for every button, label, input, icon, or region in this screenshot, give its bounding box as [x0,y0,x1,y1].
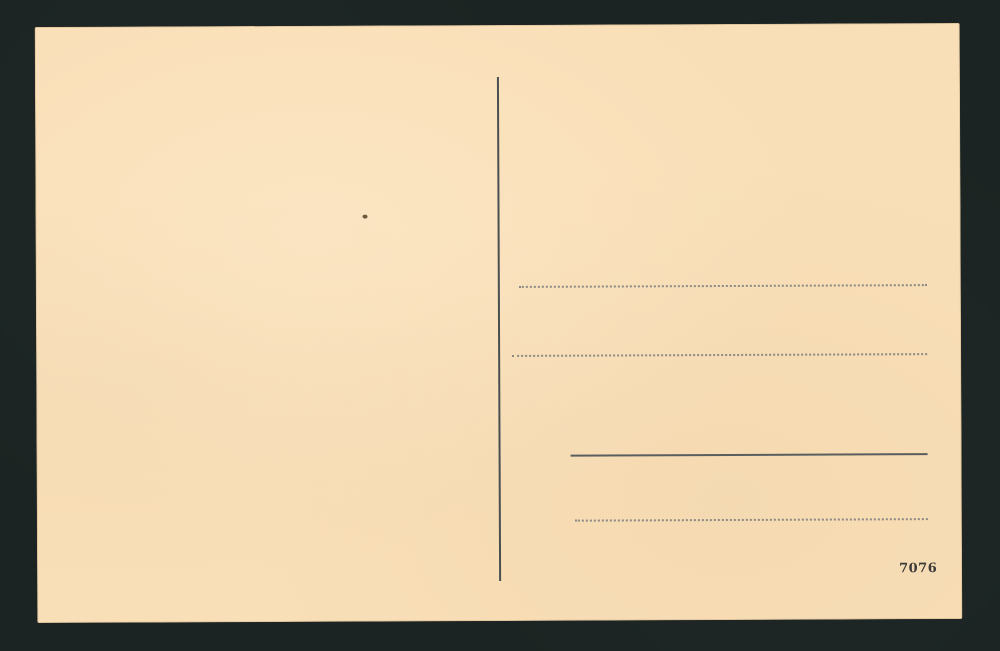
address-line-2 [512,353,927,357]
paper-speck [363,215,368,219]
postcard-back: 7076 [35,23,963,623]
address-line-4 [575,518,928,522]
serial-number: 7076 [899,561,937,576]
center-divider-line [497,77,501,581]
address-line-3 [571,453,928,457]
address-line-1 [519,284,927,288]
